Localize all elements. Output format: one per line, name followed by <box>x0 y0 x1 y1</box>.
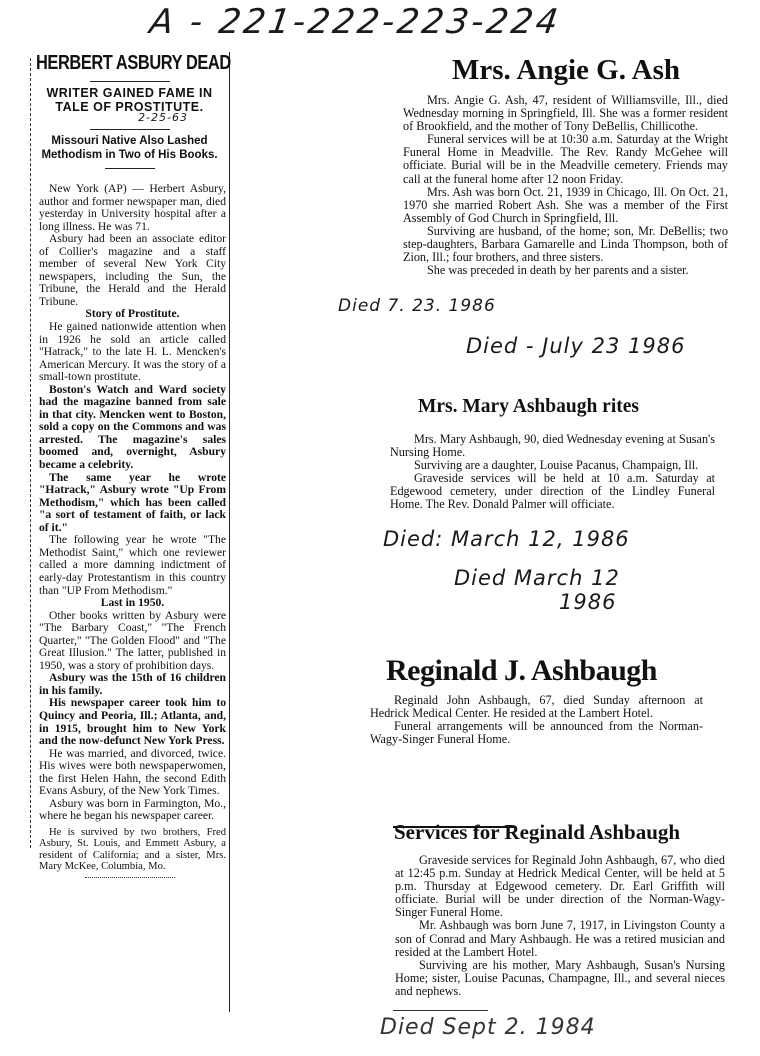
article-paragraph: Boston's Watch and Ward society had the … <box>39 384 226 472</box>
headline: HERBERT ASBURY DEAD <box>35 52 232 75</box>
obituary-paragraph: Graveside services for Reginald John Ash… <box>395 854 725 919</box>
obituary-paragraph: Funeral arrangements will be announced f… <box>370 720 703 746</box>
handwritten-reference-number: A - 221-222-223-224 <box>147 2 563 42</box>
article-paragraph: Other books written by Asbury were "The … <box>39 610 226 673</box>
handwritten-note: Died - July 23 1986 <box>466 334 685 358</box>
subheadline: WRITER GAINED FAME IN TALE OF PROSTITUTE… <box>33 86 226 114</box>
obituary-paragraph: Graveside services will be held at 10 a.… <box>390 472 715 511</box>
herbert-asbury-clipping: HERBERT ASBURY DEAD WRITER GAINED FAME I… <box>33 52 226 878</box>
handwritten-note: Died Sept 2. 1984 <box>380 1015 596 1040</box>
obituary-body-services-reginald: Graveside services for Reginald John Ash… <box>395 854 725 998</box>
clipping-left-edge <box>30 58 31 848</box>
obituary-paragraph: Surviving are husband, of the home; son,… <box>403 225 728 264</box>
article-paragraph: He gained nationwide attention when in 1… <box>39 321 226 384</box>
article-body: New York (AP) — Herbert Asbury, author a… <box>33 183 226 873</box>
article-paragraph: Asbury had been an associate editor of C… <box>39 233 226 308</box>
obituary-paragraph: Funeral services will be at 10:30 a.m. S… <box>403 133 728 185</box>
article-paragraph: The same year he wrote "Hatrack," Asbury… <box>39 472 226 535</box>
divider <box>393 1010 488 1011</box>
article-paragraph: He was married, and divorced, twice. His… <box>39 748 226 798</box>
obituary-paragraph: Surviving are his mother, Mary Ashbaugh,… <box>395 959 725 998</box>
article-subhead: Last in 1950. <box>39 597 226 610</box>
obituary-body-angie-ash: Mrs. Angie G. Ash, 47, resident of Willi… <box>403 94 728 277</box>
obituary-body-mary-ashbaugh: Mrs. Mary Ashbaugh, 90, died Wednesday e… <box>390 433 715 512</box>
deck: Missouri Native Also Lashed Methodism in… <box>33 134 226 162</box>
obituary-body-reginald-ashbaugh: Reginald John Ashbaugh, 67, died Sunday … <box>370 694 703 746</box>
divider <box>105 168 155 169</box>
article-paragraph: Asbury was the 15th of 16 children in hi… <box>39 672 226 697</box>
handwritten-note: Died March 12 1986 <box>454 566 620 614</box>
clipping-right-edge <box>229 52 230 1012</box>
article-paragraph: Asbury was born in Farmington, Mo., wher… <box>39 798 226 823</box>
handwritten-note: Died 7. 23. 1986 <box>338 296 496 316</box>
obituary-paragraph: Mr. Ashbaugh was born June 7, 1917, in L… <box>395 919 725 958</box>
obituary-title-reginald-ashbaugh: Reginald J. Ashbaugh <box>386 654 657 688</box>
divider <box>90 81 170 82</box>
obituary-paragraph: Mrs. Angie G. Ash, 47, resident of Willi… <box>403 94 728 133</box>
obituary-paragraph: Mrs. Mary Ashbaugh, 90, died Wednesday e… <box>390 433 715 459</box>
article-paragraph: He is survived by two brothers, Fred Asb… <box>39 827 226 873</box>
divider <box>90 129 170 130</box>
obituary-paragraph: Mrs. Ash was born Oct. 21, 1939 in Chica… <box>403 186 728 225</box>
handwritten-note-line: Died March 12 <box>454 566 620 590</box>
obituary-title-mary-ashbaugh: Mrs. Mary Ashbaugh rites <box>418 396 639 418</box>
article-paragraph: New York (AP) — Herbert Asbury, author a… <box>39 183 226 233</box>
handwritten-note: Died: March 12, 1986 <box>383 527 630 551</box>
obituary-title-angie-ash: Mrs. Angie G. Ash <box>452 54 680 87</box>
handwritten-note-year: 1986 <box>454 590 620 614</box>
end-divider <box>85 877 175 878</box>
obituary-title-services-reginald: Services for Reginald Ashbaugh <box>394 820 680 845</box>
article-paragraph: The following year he wrote "The Methodi… <box>39 534 226 597</box>
obituary-paragraph: She was preceded in death by her parents… <box>403 264 728 277</box>
article-paragraph: His newspaper career took him to Quincy … <box>39 697 226 747</box>
obituary-paragraph: Reginald John Ashbaugh, 67, died Sunday … <box>370 694 703 720</box>
